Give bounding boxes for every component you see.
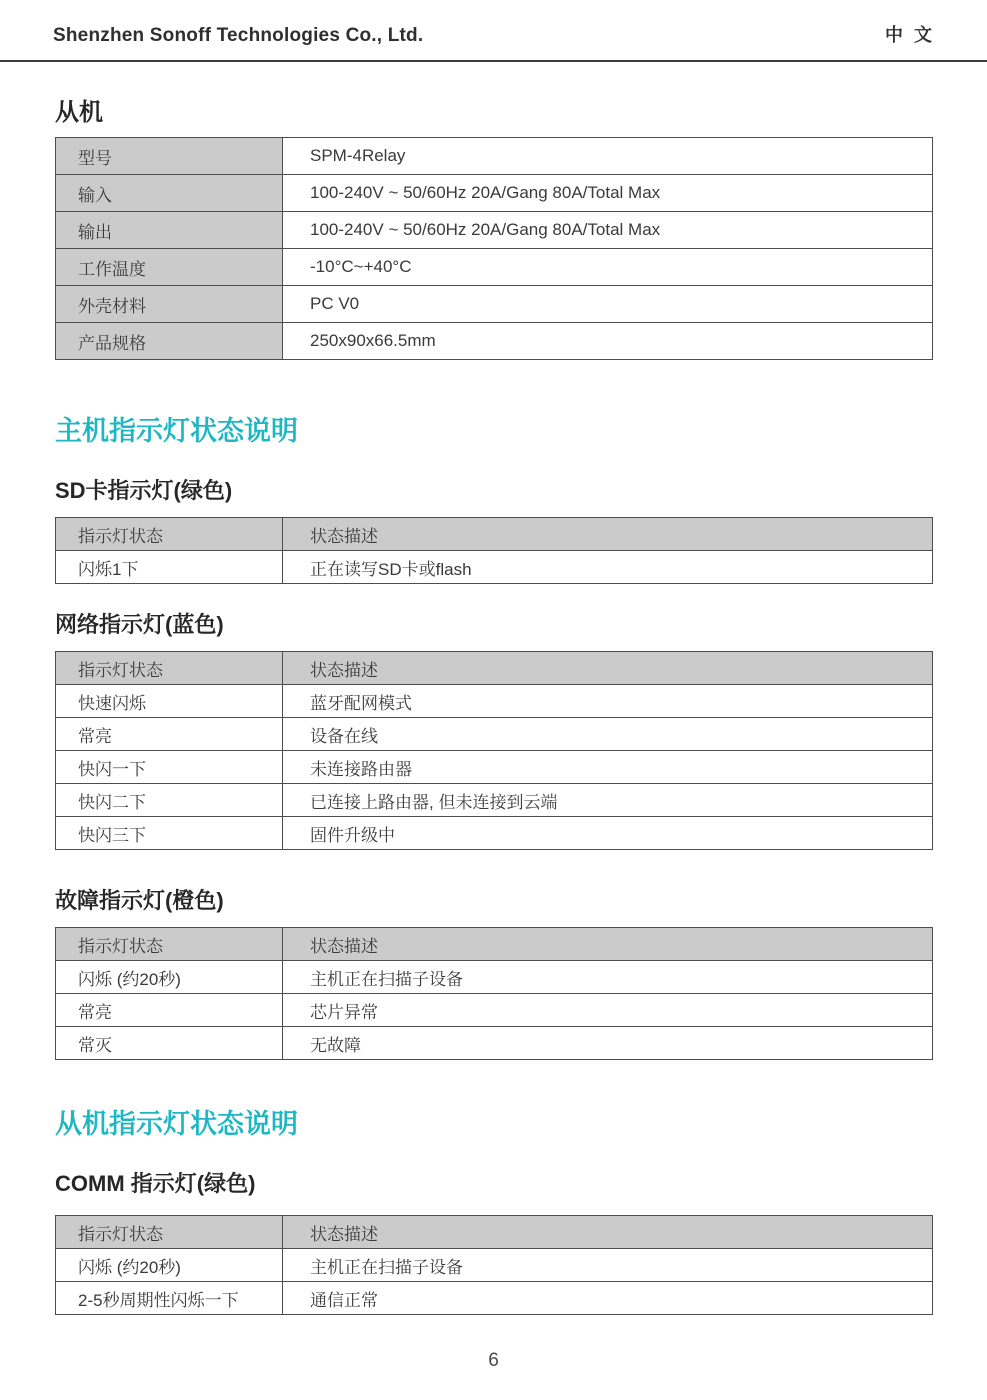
column-header-state: 指示灯状态: [56, 518, 283, 551]
led-state: 快速闪烁: [56, 685, 283, 718]
table-row: 2-5秒周期性闪烁一下 通信正常: [56, 1282, 933, 1315]
column-header-desc: 状态描述: [283, 518, 933, 551]
table-row: 快闪三下 固件升级中: [56, 817, 933, 850]
spec-label: 输入: [56, 175, 283, 212]
column-header-desc: 状态描述: [283, 1216, 933, 1249]
comm-led-subtitle: COMM 指示灯(绿色): [55, 1169, 933, 1199]
table-row: 快闪一下 未连接路由器: [56, 751, 933, 784]
slave-section-title: 从机: [55, 98, 933, 128]
led-desc: 已连接上路由器, 但未连接到云端: [283, 784, 933, 817]
master-led-section-title: 主机指示灯状态说明: [55, 412, 933, 450]
comm-led-table: 指示灯状态 状态描述 闪烁 (约20秒) 主机正在扫描子设备 2-5秒周期性闪烁…: [55, 1215, 933, 1315]
company-name: Shenzhen Sonoff Technologies Co., Ltd.: [53, 25, 423, 47]
led-state: 闪烁 (约20秒): [56, 1249, 283, 1282]
table-row: 闪烁1下 正在读写SD卡或flash: [56, 551, 933, 584]
column-header-desc: 状态描述: [283, 652, 933, 685]
led-state: 2-5秒周期性闪烁一下: [56, 1282, 283, 1315]
table-row: 产品规格 250x90x66.5mm: [56, 323, 933, 360]
sd-led-subtitle: SD卡指示灯(绿色): [55, 476, 933, 506]
column-header-state: 指示灯状态: [56, 928, 283, 961]
led-state: 常灭: [56, 1027, 283, 1060]
table-header-row: 指示灯状态 状态描述: [56, 928, 933, 961]
slave-spec-table: 型号 SPM-4Relay 输入 100-240V ~ 50/60Hz 20A/…: [55, 137, 933, 360]
led-desc: 主机正在扫描子设备: [283, 961, 933, 994]
page-content: 从机 型号 SPM-4Relay 输入 100-240V ~ 50/60Hz 2…: [0, 98, 987, 1315]
page-number: 6: [0, 1350, 987, 1372]
spec-value: PC V0: [283, 286, 933, 323]
led-state: 常亮: [56, 994, 283, 1027]
page-header: Shenzhen Sonoff Technologies Co., Ltd. 中…: [0, 0, 987, 62]
led-desc: 未连接路由器: [283, 751, 933, 784]
led-state: 快闪一下: [56, 751, 283, 784]
table-row: 工作温度 -10°C~+40°C: [56, 249, 933, 286]
column-header-state: 指示灯状态: [56, 1216, 283, 1249]
spec-label: 外壳材料: [56, 286, 283, 323]
spec-value: 100-240V ~ 50/60Hz 20A/Gang 80A/Total Ma…: [283, 212, 933, 249]
manual-page: Shenzhen Sonoff Technologies Co., Ltd. 中…: [0, 0, 987, 1400]
table-row: 外壳材料 PC V0: [56, 286, 933, 323]
network-led-table: 指示灯状态 状态描述 快速闪烁 蓝牙配网模式 常亮 设备在线 快闪一下 未连接路…: [55, 651, 933, 850]
led-desc: 无故障: [283, 1027, 933, 1060]
led-state: 常亮: [56, 718, 283, 751]
led-desc: 设备在线: [283, 718, 933, 751]
spec-value: 100-240V ~ 50/60Hz 20A/Gang 80A/Total Ma…: [283, 175, 933, 212]
table-row: 闪烁 (约20秒) 主机正在扫描子设备: [56, 1249, 933, 1282]
led-state: 快闪三下: [56, 817, 283, 850]
table-row: 快速闪烁 蓝牙配网模式: [56, 685, 933, 718]
led-desc: 蓝牙配网模式: [283, 685, 933, 718]
led-desc: 正在读写SD卡或flash: [283, 551, 933, 584]
spec-label: 输出: [56, 212, 283, 249]
led-desc: 芯片异常: [283, 994, 933, 1027]
table-row: 常灭 无故障: [56, 1027, 933, 1060]
column-header-desc: 状态描述: [283, 928, 933, 961]
spec-value: 250x90x66.5mm: [283, 323, 933, 360]
led-state: 闪烁1下: [56, 551, 283, 584]
led-state: 闪烁 (约20秒): [56, 961, 283, 994]
sd-led-table: 指示灯状态 状态描述 闪烁1下 正在读写SD卡或flash: [55, 517, 933, 584]
table-row: 常亮 芯片异常: [56, 994, 933, 1027]
network-led-subtitle: 网络指示灯(蓝色): [55, 610, 933, 640]
table-row: 闪烁 (约20秒) 主机正在扫描子设备: [56, 961, 933, 994]
language-label: 中 文: [885, 21, 935, 47]
fault-led-subtitle: 故障指示灯(橙色): [55, 886, 933, 916]
table-row: 型号 SPM-4Relay: [56, 138, 933, 175]
column-header-state: 指示灯状态: [56, 652, 283, 685]
spec-label: 型号: [56, 138, 283, 175]
led-desc: 通信正常: [283, 1282, 933, 1315]
spec-value: SPM-4Relay: [283, 138, 933, 175]
table-header-row: 指示灯状态 状态描述: [56, 518, 933, 551]
table-header-row: 指示灯状态 状态描述: [56, 652, 933, 685]
table-row: 常亮 设备在线: [56, 718, 933, 751]
led-desc: 主机正在扫描子设备: [283, 1249, 933, 1282]
table-row: 输入 100-240V ~ 50/60Hz 20A/Gang 80A/Total…: [56, 175, 933, 212]
led-state: 快闪二下: [56, 784, 283, 817]
table-row: 快闪二下 已连接上路由器, 但未连接到云端: [56, 784, 933, 817]
table-row: 输出 100-240V ~ 50/60Hz 20A/Gang 80A/Total…: [56, 212, 933, 249]
led-desc: 固件升级中: [283, 817, 933, 850]
spec-label: 工作温度: [56, 249, 283, 286]
slave-led-section-title: 从机指示灯状态说明: [55, 1105, 933, 1143]
spec-value: -10°C~+40°C: [283, 249, 933, 286]
fault-led-table: 指示灯状态 状态描述 闪烁 (约20秒) 主机正在扫描子设备 常亮 芯片异常 常…: [55, 927, 933, 1060]
spec-label: 产品规格: [56, 323, 283, 360]
table-header-row: 指示灯状态 状态描述: [56, 1216, 933, 1249]
